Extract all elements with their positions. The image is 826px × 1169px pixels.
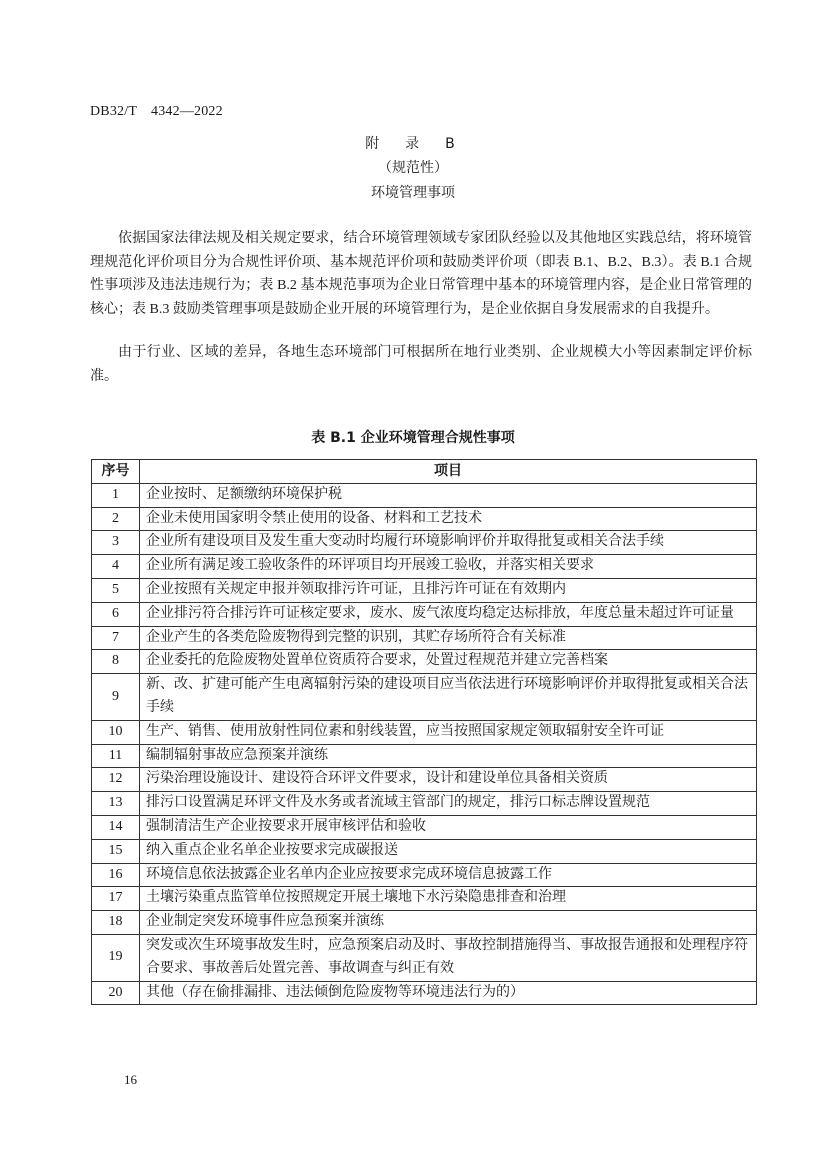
table-header-row: 序号 项目 (92, 460, 757, 484)
row-item: 排污口设置满足环评文件及水务或者流域主管部门的规定，排污口标志牌设置规范 (140, 792, 757, 816)
row-item: 生产、销售、使用放射性同位素和射线装置，应当按照国家规定领取辐射安全许可证 (140, 720, 757, 744)
table-row: 6企业排污符合排污许可证核定要求，废水、废气浓度均稳定达标排放，年度总量未超过许… (92, 602, 757, 626)
row-item: 企业委托的危险废物处置单位资质符合要求，处置过程规范并建立完善档案 (140, 650, 757, 674)
row-number: 11 (92, 744, 140, 768)
row-number: 4 (92, 555, 140, 579)
row-item: 其他（存在偷排漏排、违法倾倒危险废物等环境违法行为的） (140, 981, 757, 1005)
row-number: 13 (92, 792, 140, 816)
row-number: 1 (92, 483, 140, 507)
row-item: 企业产生的各类危险废物得到完整的识别，其贮存场所符合有关标准 (140, 626, 757, 650)
table-row: 10生产、销售、使用放射性同位素和射线装置，应当按照国家规定领取辐射安全许可证 (92, 720, 757, 744)
row-item: 企业所有建设项目及发生重大变动时均履行环境影响评价并取得批复或相关合法手续 (140, 531, 757, 555)
table-row: 19突发或次生环境事故发生时，应急预案启动及时、事故控制措施得当、事故报告通报和… (92, 934, 757, 981)
row-item: 纳入重点企业名单企业按要求完成碳报送 (140, 839, 757, 863)
row-item: 土壤污染重点监管单位按照规定开展土壤地下水污染隐患排查和治理 (140, 887, 757, 911)
table-row: 2企业未使用国家明令禁止使用的设备、材料和工艺技术 (92, 507, 757, 531)
table-row: 20其他（存在偷排漏排、违法倾倒危险废物等环境违法行为的） (92, 981, 757, 1005)
appendix-title: 附 录 B (0, 133, 826, 153)
row-number: 19 (92, 934, 140, 981)
row-number: 8 (92, 650, 140, 674)
appendix-type: （规范性） (0, 157, 826, 177)
table-row: 5企业按照有关规定申报并领取排污许可证，且排污许可证在有效期内 (92, 578, 757, 602)
row-item: 强制清洁生产企业按要求开展审核评估和验收 (140, 815, 757, 839)
table-row: 8企业委托的危险废物处置单位资质符合要求，处置过程规范并建立完善档案 (92, 650, 757, 674)
row-number: 17 (92, 887, 140, 911)
row-number: 9 (92, 674, 140, 721)
row-number: 15 (92, 839, 140, 863)
table-row: 4企业所有满足竣工验收条件的环评项目均开展竣工验收，并落实相关要求 (92, 555, 757, 579)
row-item: 企业按时、足额缴纳环境保护税 (140, 483, 757, 507)
row-item: 污染治理设施设计、建设符合环评文件要求，设计和建设单位具备相关资质 (140, 768, 757, 792)
row-number: 20 (92, 981, 140, 1005)
row-number: 2 (92, 507, 140, 531)
table-row: 15纳入重点企业名单企业按要求完成碳报送 (92, 839, 757, 863)
row-item: 企业按照有关规定申报并领取排污许可证，且排污许可证在有效期内 (140, 578, 757, 602)
compliance-table: 序号 项目 1企业按时、足额缴纳环境保护税2企业未使用国家明令禁止使用的设备、材… (91, 459, 757, 1005)
row-number: 18 (92, 911, 140, 935)
intro-paragraph: 依据国家法律法规及相关规定要求，结合环境管理领域专家团队经验以及其他地区实践总结… (90, 227, 752, 321)
standard-code: DB32/T 4342—2022 (90, 100, 223, 120)
table-row: 14强制清洁生产企业按要求开展审核评估和验收 (92, 815, 757, 839)
row-item: 环境信息依法披露企业名单内企业应按要求完成环境信息披露工作 (140, 863, 757, 887)
row-number: 5 (92, 578, 140, 602)
page-number: 16 (124, 1072, 137, 1088)
appendix-subtitle: 环境管理事项 (0, 182, 826, 202)
table-row: 9新、改、扩建可能产生电离辐射污染的建设项目应当依法进行环境影响评价并取得批复或… (92, 674, 757, 721)
row-item: 企业排污符合排污许可证核定要求，废水、废气浓度均稳定达标排放，年度总量未超过许可… (140, 602, 757, 626)
row-item: 新、改、扩建可能产生电离辐射污染的建设项目应当依法进行环境影响评价并取得批复或相… (140, 674, 757, 721)
row-number: 12 (92, 768, 140, 792)
row-number: 7 (92, 626, 140, 650)
row-item: 企业制定突发环境事件应急预案并演练 (140, 911, 757, 935)
row-item: 企业所有满足竣工验收条件的环评项目均开展竣工验收，并落实相关要求 (140, 555, 757, 579)
table-row: 7企业产生的各类危险废物得到完整的识别，其贮存场所符合有关标准 (92, 626, 757, 650)
row-number: 16 (92, 863, 140, 887)
table-row: 3企业所有建设项目及发生重大变动时均履行环境影响评价并取得批复或相关合法手续 (92, 531, 757, 555)
column-header-number: 序号 (92, 460, 140, 484)
table-row: 12污染治理设施设计、建设符合环评文件要求，设计和建设单位具备相关资质 (92, 768, 757, 792)
row-item: 突发或次生环境事故发生时，应急预案启动及时、事故控制措施得当、事故报告通报和处理… (140, 934, 757, 981)
row-number: 10 (92, 720, 140, 744)
column-header-item: 项目 (140, 460, 757, 484)
row-number: 3 (92, 531, 140, 555)
table-row: 1企业按时、足额缴纳环境保护税 (92, 483, 757, 507)
row-item: 编制辐射事故应急预案并演练 (140, 744, 757, 768)
table-row: 11编制辐射事故应急预案并演练 (92, 744, 757, 768)
table-row: 16环境信息依法披露企业名单内企业应按要求完成环境信息披露工作 (92, 863, 757, 887)
note-paragraph: 由于行业、区域的差异，各地生态环境部门可根据所在地行业类别、企业规模大小等因素制… (90, 341, 752, 388)
table-row: 18企业制定突发环境事件应急预案并演练 (92, 911, 757, 935)
row-item: 企业未使用国家明令禁止使用的设备、材料和工艺技术 (140, 507, 757, 531)
row-number: 14 (92, 815, 140, 839)
row-number: 6 (92, 602, 140, 626)
table-row: 13排污口设置满足环评文件及水务或者流域主管部门的规定，排污口标志牌设置规范 (92, 792, 757, 816)
table-caption: 表 B.1 企业环境管理合规性事项 (0, 427, 826, 447)
table-row: 17土壤污染重点监管单位按照规定开展土壤地下水污染隐患排查和治理 (92, 887, 757, 911)
